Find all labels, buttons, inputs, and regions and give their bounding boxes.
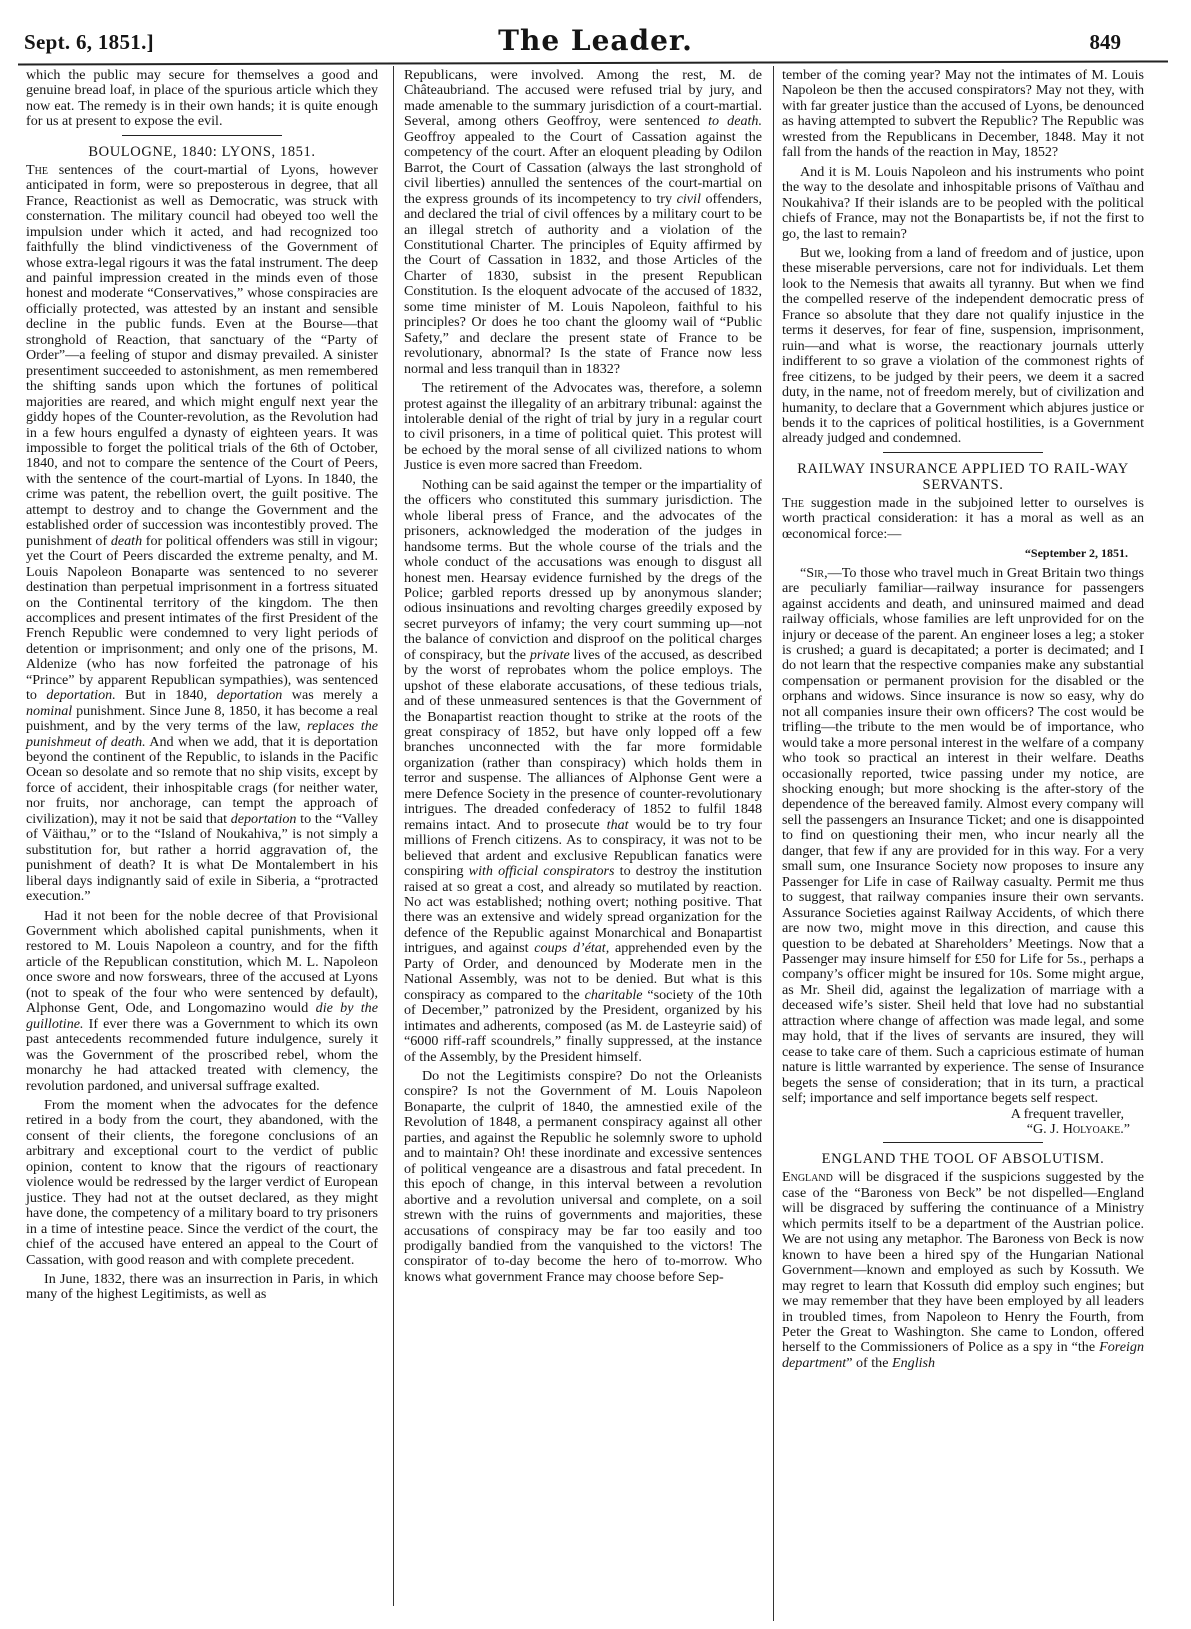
paragraph: The sentences of the court-martial of Ly… xyxy=(26,163,378,905)
newspaper-title: The Leader. xyxy=(0,24,1191,57)
letter-signoff: A frequent traveller, xyxy=(782,1107,1124,1122)
lead-word: The xyxy=(26,162,48,178)
paragraph: In June, 1832, there was an insurrection… xyxy=(26,1272,378,1303)
letter-dateline: “September 2, 1851. xyxy=(782,546,1128,561)
page-number: 849 xyxy=(1090,30,1122,55)
paragraph: But we, looking from a land of freedom a… xyxy=(782,246,1144,447)
column-1: which the public may secure for themselv… xyxy=(26,68,378,1303)
masthead-rule xyxy=(18,60,1168,65)
paragraph: Had it not been for the noble decree of … xyxy=(26,909,378,1094)
column-divider xyxy=(393,66,394,1606)
paragraph: Nothing can be said against the temper o… xyxy=(404,478,762,1065)
lead-word: England xyxy=(782,1169,833,1185)
paragraph: which the public may secure for themselv… xyxy=(26,68,378,130)
letter-signature: “G. J. Holyoake.” xyxy=(782,1122,1130,1137)
column-2: Republicans, were involved. Among the re… xyxy=(404,68,762,1285)
section-divider xyxy=(883,1142,1043,1143)
section-divider xyxy=(883,452,1043,453)
paragraph: And it is M. Louis Napoleon and his inst… xyxy=(782,165,1144,242)
column-divider xyxy=(773,66,774,1621)
paragraph: The retirement of the Advocates was, the… xyxy=(404,381,762,474)
lead-word: The xyxy=(782,495,804,511)
column-3: tember of the coming year? May not the i… xyxy=(782,68,1144,1371)
paragraph: Do not the Legitimists conspire? Do not … xyxy=(404,1069,762,1285)
masthead: Sept. 6, 1851.] The Leader. 849 xyxy=(0,0,1191,66)
article-heading: BOULOGNE, 1840: LYONS, 1851. xyxy=(26,144,378,160)
paragraph: The suggestion made in the subjoined let… xyxy=(782,496,1144,542)
paragraph: England will be disgraced if the suspici… xyxy=(782,1170,1144,1371)
paragraph: Republicans, were involved. Among the re… xyxy=(404,68,762,377)
paragraph: From the moment when the advocates for t… xyxy=(26,1098,378,1268)
paragraph: tember of the coming year? May not the i… xyxy=(782,68,1144,161)
salutation: “Sir, xyxy=(800,565,828,581)
article-heading: RAILWAY INSURANCE APPLIED TO RAIL-WAY SE… xyxy=(782,461,1144,493)
article-heading: ENGLAND THE TOOL OF ABSOLUTISM. xyxy=(782,1151,1144,1167)
letter-body: “Sir,—To those who travel much in Great … xyxy=(782,566,1144,1107)
section-divider xyxy=(122,135,282,136)
